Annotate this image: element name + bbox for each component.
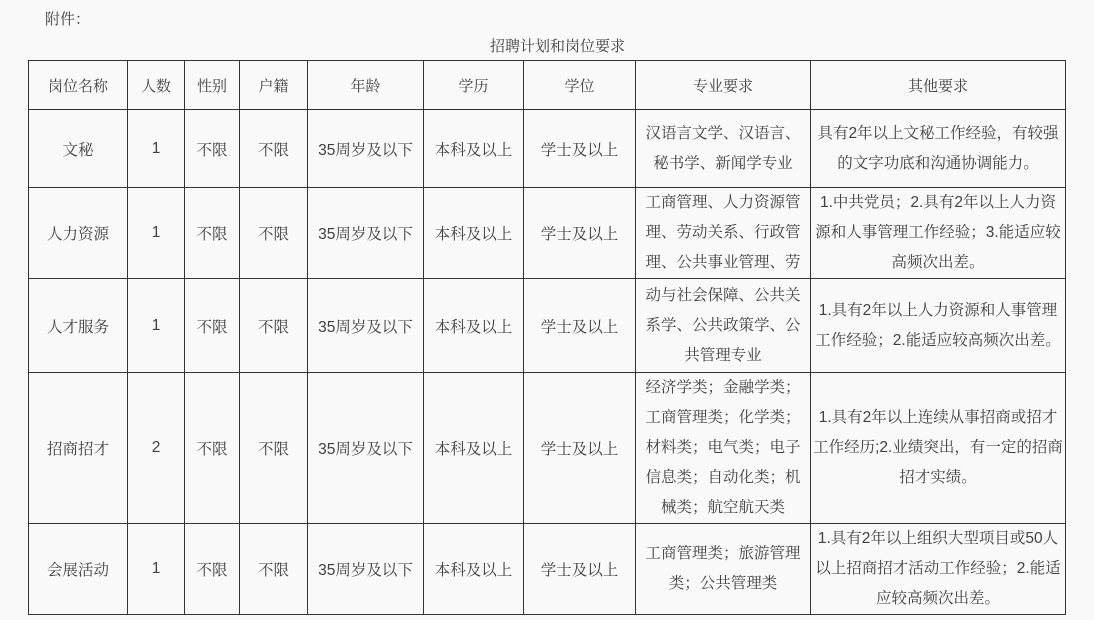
header-age: 年龄 <box>308 61 424 110</box>
header-other-requirements: 其他要求 <box>811 61 1066 110</box>
cell-gender: 不限 <box>185 188 240 279</box>
cell-education: 本科及以上 <box>424 279 524 373</box>
header-gender: 性别 <box>185 61 240 110</box>
header-degree: 学位 <box>524 61 636 110</box>
cell-other-requirements: 1.具有2年以上连续从事招商或招才工作经历;2.业绩突出，有一定的招商招才实绩。 <box>811 373 1066 524</box>
cell-major-requirements: 动与社会保障、公共关系学、公共政策学、公共管理专业 <box>636 279 811 373</box>
cell-headcount: 1 <box>128 279 185 373</box>
cell-residence: 不限 <box>240 373 308 524</box>
table-row: 人才服务 1 不限 不限 35周岁及以下 本科及以上 学士及以上 动与社会保障、… <box>29 279 1066 373</box>
cell-position-name: 文秘 <box>29 110 128 188</box>
cell-degree: 学士及以上 <box>524 110 636 188</box>
cell-headcount: 1 <box>128 188 185 279</box>
cell-residence: 不限 <box>240 279 308 373</box>
header-major-requirements: 专业要求 <box>636 61 811 110</box>
cell-degree: 学士及以上 <box>524 188 636 279</box>
recruitment-table: 岗位名称 人数 性别 户籍 年龄 学历 学位 专业要求 其他要求 文秘 1 不限… <box>28 60 1066 615</box>
table-row: 招商招才 2 不限 不限 35周岁及以下 本科及以上 学士及以上 经济学类；金融… <box>29 373 1066 524</box>
cell-residence: 不限 <box>240 188 308 279</box>
table-row: 人力资源 1 不限 不限 35周岁及以下 本科及以上 学士及以上 工商管理、人力… <box>29 188 1066 279</box>
cell-gender: 不限 <box>185 524 240 615</box>
cell-education: 本科及以上 <box>424 524 524 615</box>
cell-age: 35周岁及以下 <box>308 373 424 524</box>
header-residence: 户籍 <box>240 61 308 110</box>
cell-major-requirements: 工商管理类；旅游管理类；公共管理类 <box>636 524 811 615</box>
cell-headcount: 2 <box>128 373 185 524</box>
cell-position-name: 人才服务 <box>29 279 128 373</box>
cell-other-requirements: 1.中共党员；2.具有2年以上人力资源和人事管理工作经验；3.能适应较高频次出差… <box>811 188 1066 279</box>
cell-age: 35周岁及以下 <box>308 524 424 615</box>
document-page: 附件： 招聘计划和岗位要求 岗位名称 人数 性别 户籍 年龄 学历 学位 专业要… <box>0 0 1094 620</box>
cell-position-name: 会展活动 <box>29 524 128 615</box>
cell-major-requirements: 工商管理、人力资源管理、劳动关系、行政管理、公共事业管理、劳 <box>636 188 811 279</box>
cell-major-requirements: 经济学类；金融学类；工商管理类；化学类；材料类；电气类；电子信息类；自动化类；机… <box>636 373 811 524</box>
cell-position-name: 人力资源 <box>29 188 128 279</box>
cell-other-requirements: 1.具有2年以上人力资源和人事管理工作经验；2.能适应较高频次出差。 <box>811 279 1066 373</box>
cell-position-name: 招商招才 <box>29 373 128 524</box>
cell-age: 35周岁及以下 <box>308 188 424 279</box>
cell-gender: 不限 <box>185 279 240 373</box>
cell-education: 本科及以上 <box>424 110 524 188</box>
cell-other-requirements: 1.具有2年以上组织大型项目或50人以上招商招才活动工作经验；2.能适应较高频次… <box>811 524 1066 615</box>
header-headcount: 人数 <box>128 61 185 110</box>
header-position-name: 岗位名称 <box>29 61 128 110</box>
table-header-row: 岗位名称 人数 性别 户籍 年龄 学历 学位 专业要求 其他要求 <box>29 61 1066 110</box>
cell-headcount: 1 <box>128 110 185 188</box>
cell-headcount: 1 <box>128 524 185 615</box>
header-education: 学历 <box>424 61 524 110</box>
cell-degree: 学士及以上 <box>524 524 636 615</box>
cell-residence: 不限 <box>240 524 308 615</box>
table-row: 会展活动 1 不限 不限 35周岁及以下 本科及以上 学士及以上 工商管理类；旅… <box>29 524 1066 615</box>
cell-residence: 不限 <box>240 110 308 188</box>
cell-major-requirements: 汉语言文学、汉语言、秘书学、新闻学专业 <box>636 110 811 188</box>
cell-education: 本科及以上 <box>424 188 524 279</box>
cell-education: 本科及以上 <box>424 373 524 524</box>
cell-age: 35周岁及以下 <box>308 279 424 373</box>
page-title: 招聘计划和岗位要求 <box>28 35 1065 56</box>
cell-other-requirements: 具有2年以上文秘工作经验，有较强的文字功底和沟通协调能力。 <box>811 110 1066 188</box>
attachment-label: 附件： <box>45 8 90 29</box>
cell-gender: 不限 <box>185 373 240 524</box>
cell-gender: 不限 <box>185 110 240 188</box>
table-row: 文秘 1 不限 不限 35周岁及以下 本科及以上 学士及以上 汉语言文学、汉语言… <box>29 110 1066 188</box>
cell-degree: 学士及以上 <box>524 373 636 524</box>
cell-age: 35周岁及以下 <box>308 110 424 188</box>
cell-degree: 学士及以上 <box>524 279 636 373</box>
